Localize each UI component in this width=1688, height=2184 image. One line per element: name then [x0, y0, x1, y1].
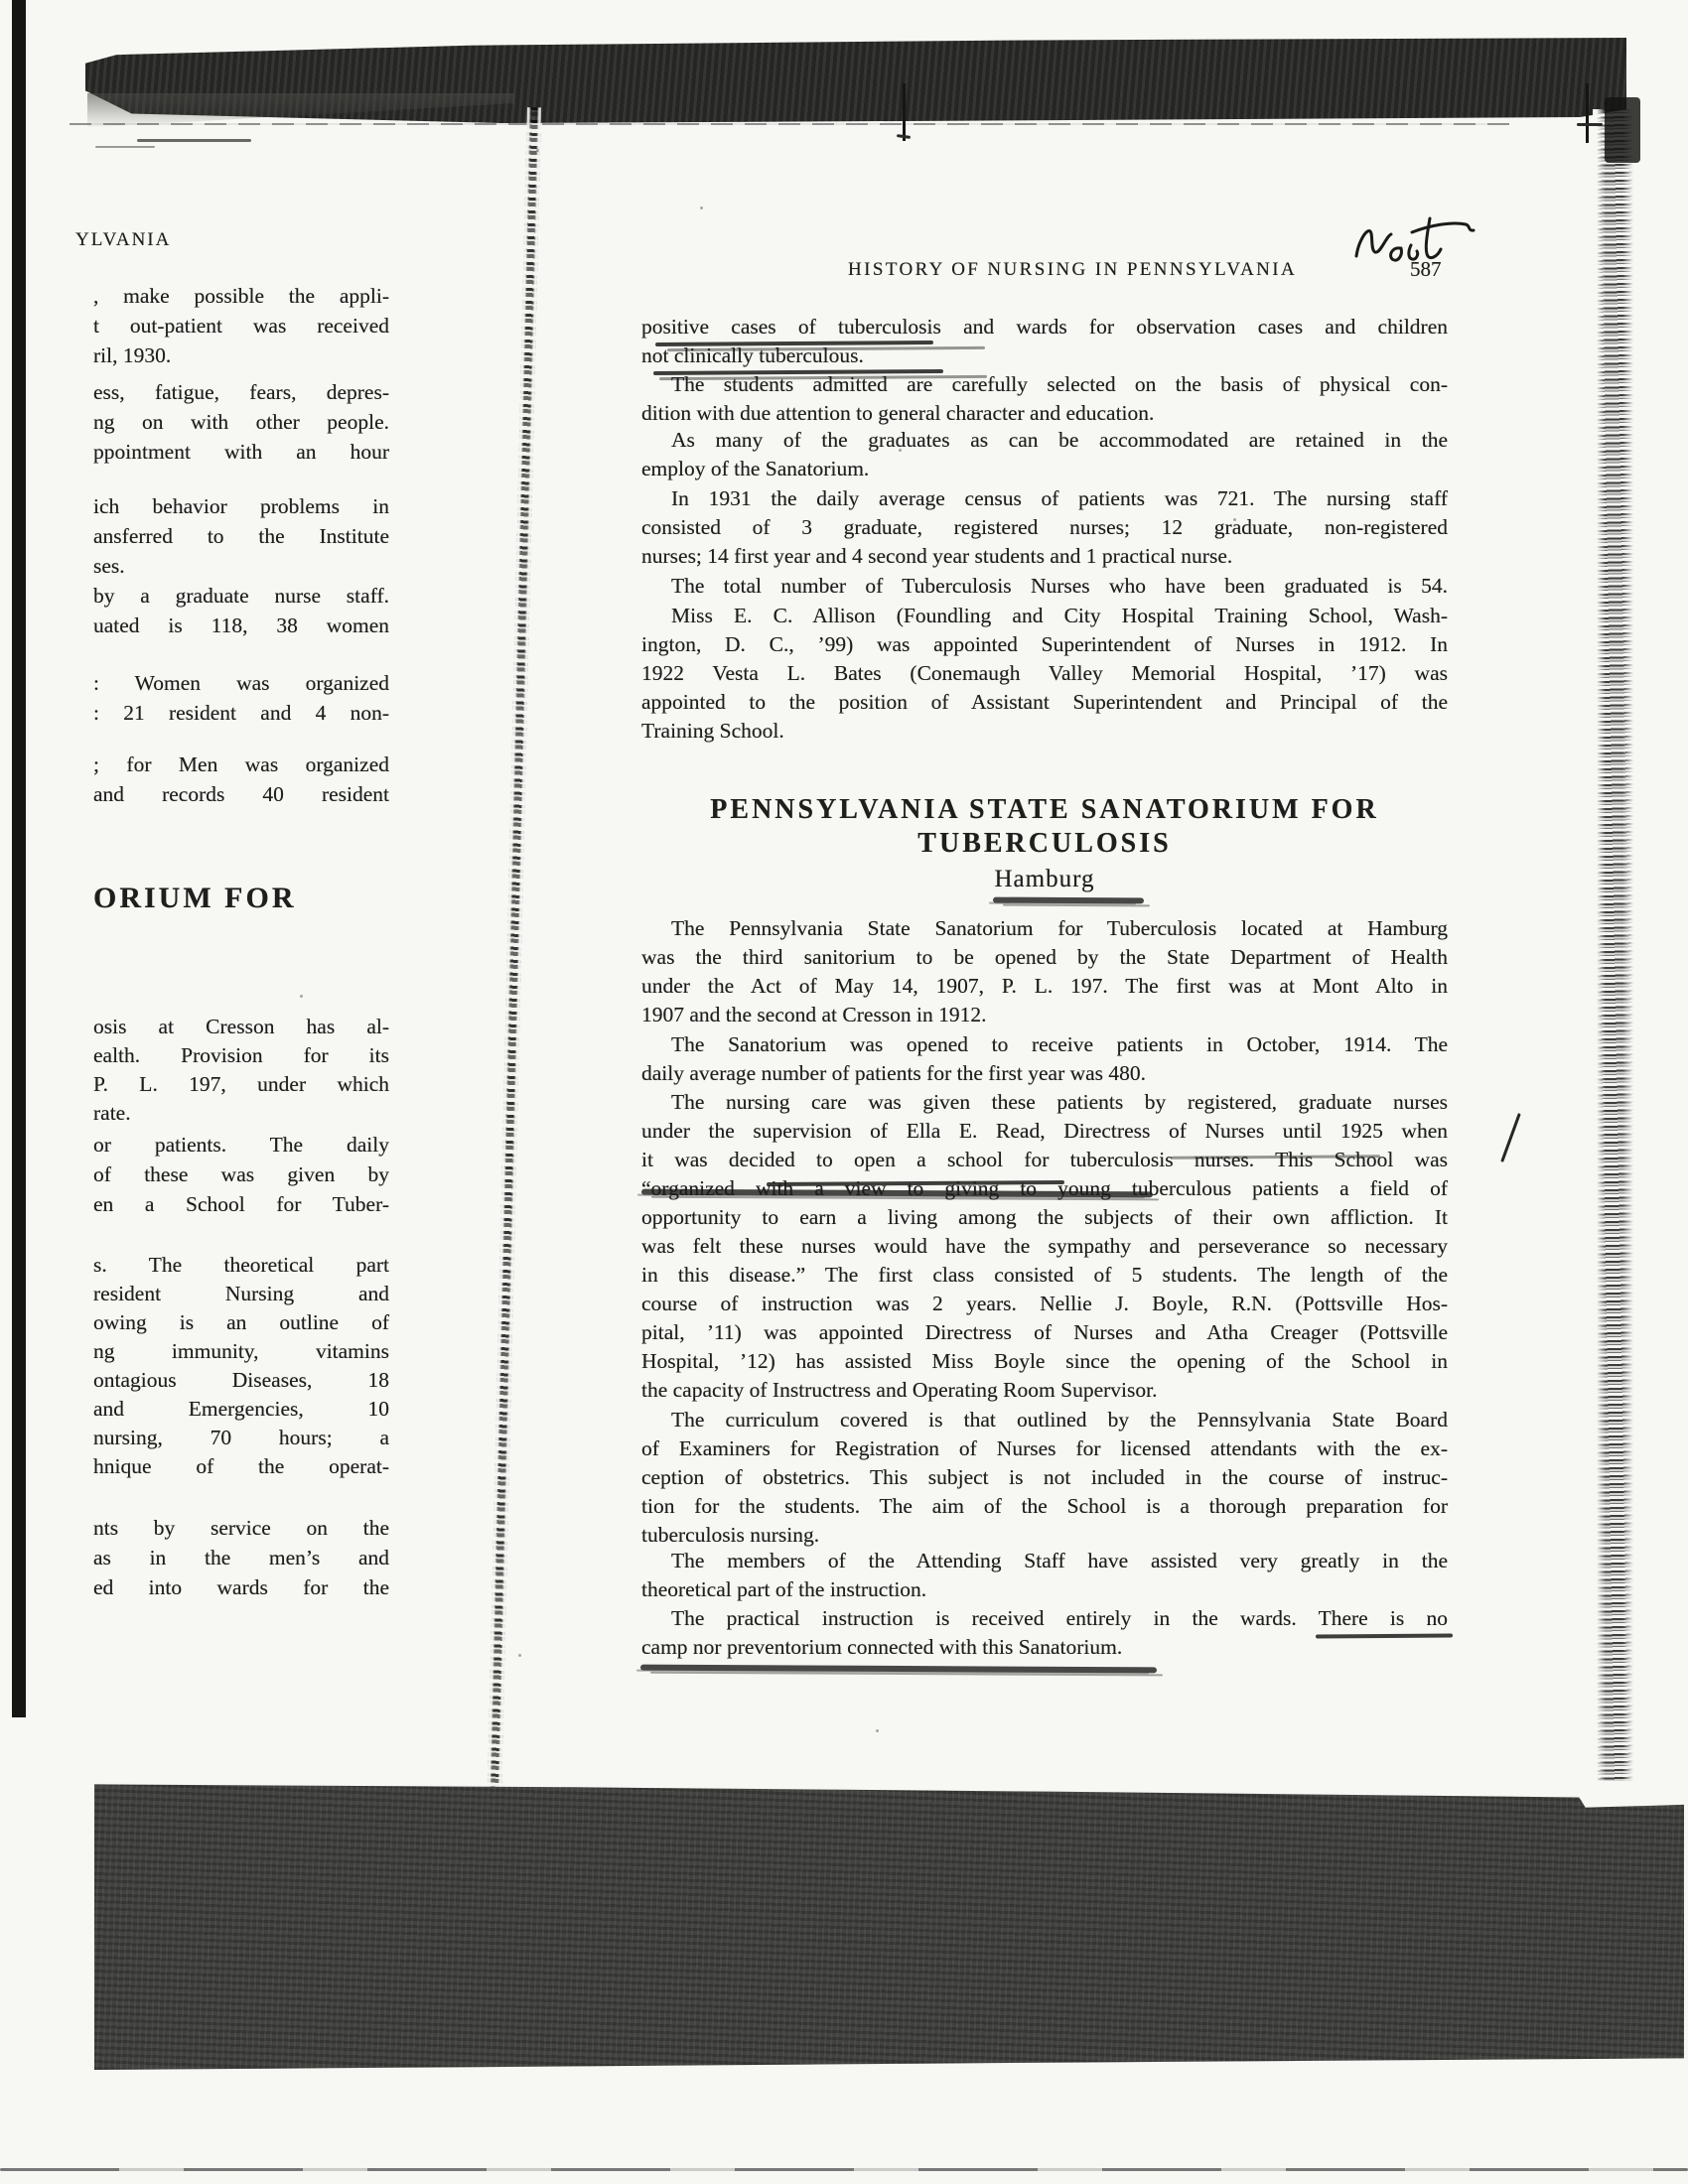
handwritten-note-west-icon	[1342, 199, 1491, 278]
running-head-title: HISTORY OF NURSING IN PENNSYLVANIA	[848, 259, 1297, 281]
section-subheading: Hamburg	[641, 866, 1448, 893]
text-line: P. L. 197, under which	[93, 1070, 389, 1099]
left-page-text-fragment: nts by service on theas in the men’s and…	[93, 1513, 389, 1602]
scan-left-edge-bar	[12, 0, 26, 1717]
photocopy-bottom-band	[94, 1780, 1684, 2070]
text-line: ppointment with an hour	[93, 437, 389, 467]
body-paragraph: As many of the graduates as can be accom…	[641, 426, 1448, 483]
text-line: ontagious Diseases, 18	[93, 1366, 389, 1395]
text-line: of these was given by	[93, 1160, 389, 1189]
text-line: uated is 118, 38 women	[93, 611, 389, 640]
text-line: owing is an outline of	[93, 1308, 389, 1337]
text-line: en a School for Tuber-	[93, 1189, 389, 1219]
body-paragraph: The total number of Tuberculosis Nurses …	[641, 572, 1448, 601]
text-line: The practical instruction is received en…	[641, 1604, 1448, 1633]
speckle	[700, 206, 703, 209]
text-line: was felt these nurses would have the sym…	[641, 1232, 1448, 1261]
left-page-heading-fragment: ORIUM FOR	[93, 882, 296, 915]
text-line: ng on with other people.	[93, 407, 389, 437]
speckle	[300, 995, 303, 998]
text-line: ses.	[93, 551, 389, 581]
left-page-text-fragment: ; for Men was organizedand records 40 re…	[93, 750, 389, 809]
text-line: resident Nursing and	[93, 1280, 389, 1308]
left-page-text-fragment: s. The theoretical partresident Nursing …	[93, 1251, 389, 1481]
text-line: ansferred to the Institute	[93, 521, 389, 551]
text-line: s. The theoretical part	[93, 1251, 389, 1280]
text-line: ealth. Provision for its	[93, 1041, 389, 1070]
body-paragraph: The nursing care was given these patient…	[641, 1088, 1448, 1405]
registration-mark-right	[1586, 83, 1589, 143]
photocopied-book-page: { "scan": { "handwritten_note": "West", …	[0, 0, 1688, 2184]
text-line: and Emergencies, 10	[93, 1395, 389, 1424]
toner-dash-artifact	[137, 139, 251, 142]
body-paragraph: The practical instruction is received en…	[641, 1604, 1448, 1662]
page-edge-shadow	[1593, 109, 1640, 1781]
text-line: ng immunity, vitamins	[93, 1337, 389, 1366]
text-line: dition with due attention to general cha…	[641, 399, 1448, 428]
text-line: The students admitted are carefully sele…	[641, 370, 1448, 399]
scan-bottom-line	[0, 2168, 1688, 2171]
text-line: hnique of the operat-	[93, 1452, 389, 1481]
text-line: course of instruction was 2 years. Nelli…	[641, 1290, 1448, 1318]
text-line: Miss E. C. Allison (Foundling and City H…	[641, 602, 1448, 630]
text-line: daily average number of patients for the…	[641, 1059, 1448, 1088]
pen-underline-hamburg	[993, 897, 1144, 904]
text-line: : 21 resident and 4 non-	[93, 698, 389, 728]
body-paragraph: The Sanatorium was opened to receive pat…	[641, 1030, 1448, 1088]
text-line: opportunity to earn a living among the s…	[641, 1203, 1448, 1232]
text-line: tion for the students. The aim of the Sc…	[641, 1492, 1448, 1521]
text-line: The members of the Attending Staff have …	[641, 1547, 1448, 1575]
text-line: pital, ’11) was appointed Directress of …	[641, 1318, 1448, 1347]
text-line: ril, 1930.	[93, 341, 389, 370]
text-line: 1922 Vesta L. Bates (Conemaugh Valley Me…	[641, 659, 1448, 688]
body-paragraph: The Pennsylvania State Sanatorium for Tu…	[641, 914, 1448, 1029]
text-line: ington, D. C., ’99) was appointed Superi…	[641, 630, 1448, 659]
left-page-text-fragment: osis at Cresson has al-ealth. Provision …	[93, 1013, 389, 1128]
pen-scratch-line	[640, 1665, 1157, 1674]
text-line: or patients. The daily	[93, 1130, 389, 1160]
text-line: appointed to the position of Assistant S…	[641, 688, 1448, 717]
text-line: and records 40 resident	[93, 779, 389, 809]
text-line: ess, fatigue, fears, depres-	[93, 377, 389, 407]
left-page-text-fragment: : Women was organized: 21 resident and 4…	[93, 668, 389, 728]
text-line: 1907 and the second at Cresson in 1912.	[641, 1001, 1448, 1029]
speckle	[536, 149, 539, 152]
text-line: nts by service on the	[93, 1513, 389, 1543]
text-line: As many of the graduates as can be accom…	[641, 426, 1448, 455]
text-line: ich behavior problems in	[93, 491, 389, 521]
text-line: theoretical part of the instruction.	[641, 1575, 1448, 1604]
body-paragraph: In 1931 the daily average census of pati…	[641, 484, 1448, 571]
text-line: not clinically tuberculous.	[641, 341, 1448, 370]
speckle	[518, 1654, 521, 1657]
section-heading: PENNSYLVANIA STATE SANATORIUM FOR	[641, 794, 1448, 826]
body-paragraph: Miss E. C. Allison (Foundling and City H…	[641, 602, 1448, 746]
text-line: of Examiners for Registration of Nurses …	[641, 1434, 1448, 1463]
speckle	[876, 1729, 879, 1732]
text-line: Training School.	[641, 717, 1448, 746]
text-line: The curriculum covered is that outlined …	[641, 1406, 1448, 1434]
registration-mark-left	[903, 83, 906, 141]
text-line: under the supervision of Ella E. Read, D…	[641, 1117, 1448, 1146]
text-line: ed into wards for the	[93, 1572, 389, 1602]
text-line: The Pennsylvania State Sanatorium for Tu…	[641, 914, 1448, 943]
registration-mark-right-dash	[1577, 123, 1603, 126]
text-line: The nursing care was given these patient…	[641, 1088, 1448, 1117]
text-line: nursing, 70 hours; a	[93, 1424, 389, 1452]
section-heading: TUBERCULOSIS	[641, 828, 1448, 860]
toner-dash-artifact	[95, 146, 155, 148]
text-line: under the Act of May 14, 1907, P. L. 197…	[641, 972, 1448, 1001]
left-page-running-head-fragment: YLVANIA	[75, 229, 171, 251]
text-line: tuberculosis nursing.	[641, 1521, 1448, 1550]
text-line: as in the men’s and	[93, 1543, 389, 1572]
text-line: Hospital, ’12) has assisted Miss Boyle s…	[641, 1347, 1448, 1376]
book-spine-shadow	[488, 107, 541, 1789]
text-line: The Sanatorium was opened to receive pat…	[641, 1030, 1448, 1059]
text-line: rate.	[93, 1099, 389, 1128]
text-line: ception of obstetrics. This subject is n…	[641, 1463, 1448, 1492]
text-line: t out-patient was received	[93, 311, 389, 341]
text-line: by a graduate nurse staff.	[93, 581, 389, 611]
pen-slash-mark	[1500, 1113, 1521, 1162]
text-line: , make possible the appli-	[93, 281, 389, 311]
left-page-text-fragment: ess, fatigue, fears, depres-ng on with o…	[93, 377, 389, 467]
text-line: in this disease.” The first class consis…	[641, 1261, 1448, 1290]
photocopy-band-speckle-line	[70, 123, 1509, 125]
text-line: employ of the Sanatorium.	[641, 455, 1448, 483]
text-line: nurses; 14 first year and 4 second year …	[641, 542, 1448, 571]
body-paragraph: The members of the Attending Staff have …	[641, 1547, 1448, 1604]
text-line: : Women was organized	[93, 668, 389, 698]
left-page-text-fragment: or patients. The dailyof these was given…	[93, 1130, 389, 1219]
page-edge-blotch	[1605, 97, 1640, 163]
text-line: consisted of 3 graduate, registered nurs…	[641, 513, 1448, 542]
text-line: In 1931 the daily average census of pati…	[641, 484, 1448, 513]
text-line: The total number of Tuberculosis Nurses …	[641, 572, 1448, 601]
left-page-text-fragment: ich behavior problems inansferred to the…	[93, 491, 389, 640]
text-line: it was decided to open a school for tube…	[641, 1146, 1448, 1174]
body-paragraph: The curriculum covered is that outlined …	[641, 1406, 1448, 1550]
text-line: osis at Cresson has al-	[93, 1013, 389, 1041]
text-line: positive cases of tuberculosis and wards…	[641, 313, 1448, 341]
text-line: ; for Men was organized	[93, 750, 389, 779]
text-line: the capacity of Instructress and Operati…	[641, 1376, 1448, 1405]
text-line: was the third sanitorium to be opened by…	[641, 943, 1448, 972]
left-page-text-fragment: , make possible the appli-t out-patient …	[93, 281, 389, 370]
